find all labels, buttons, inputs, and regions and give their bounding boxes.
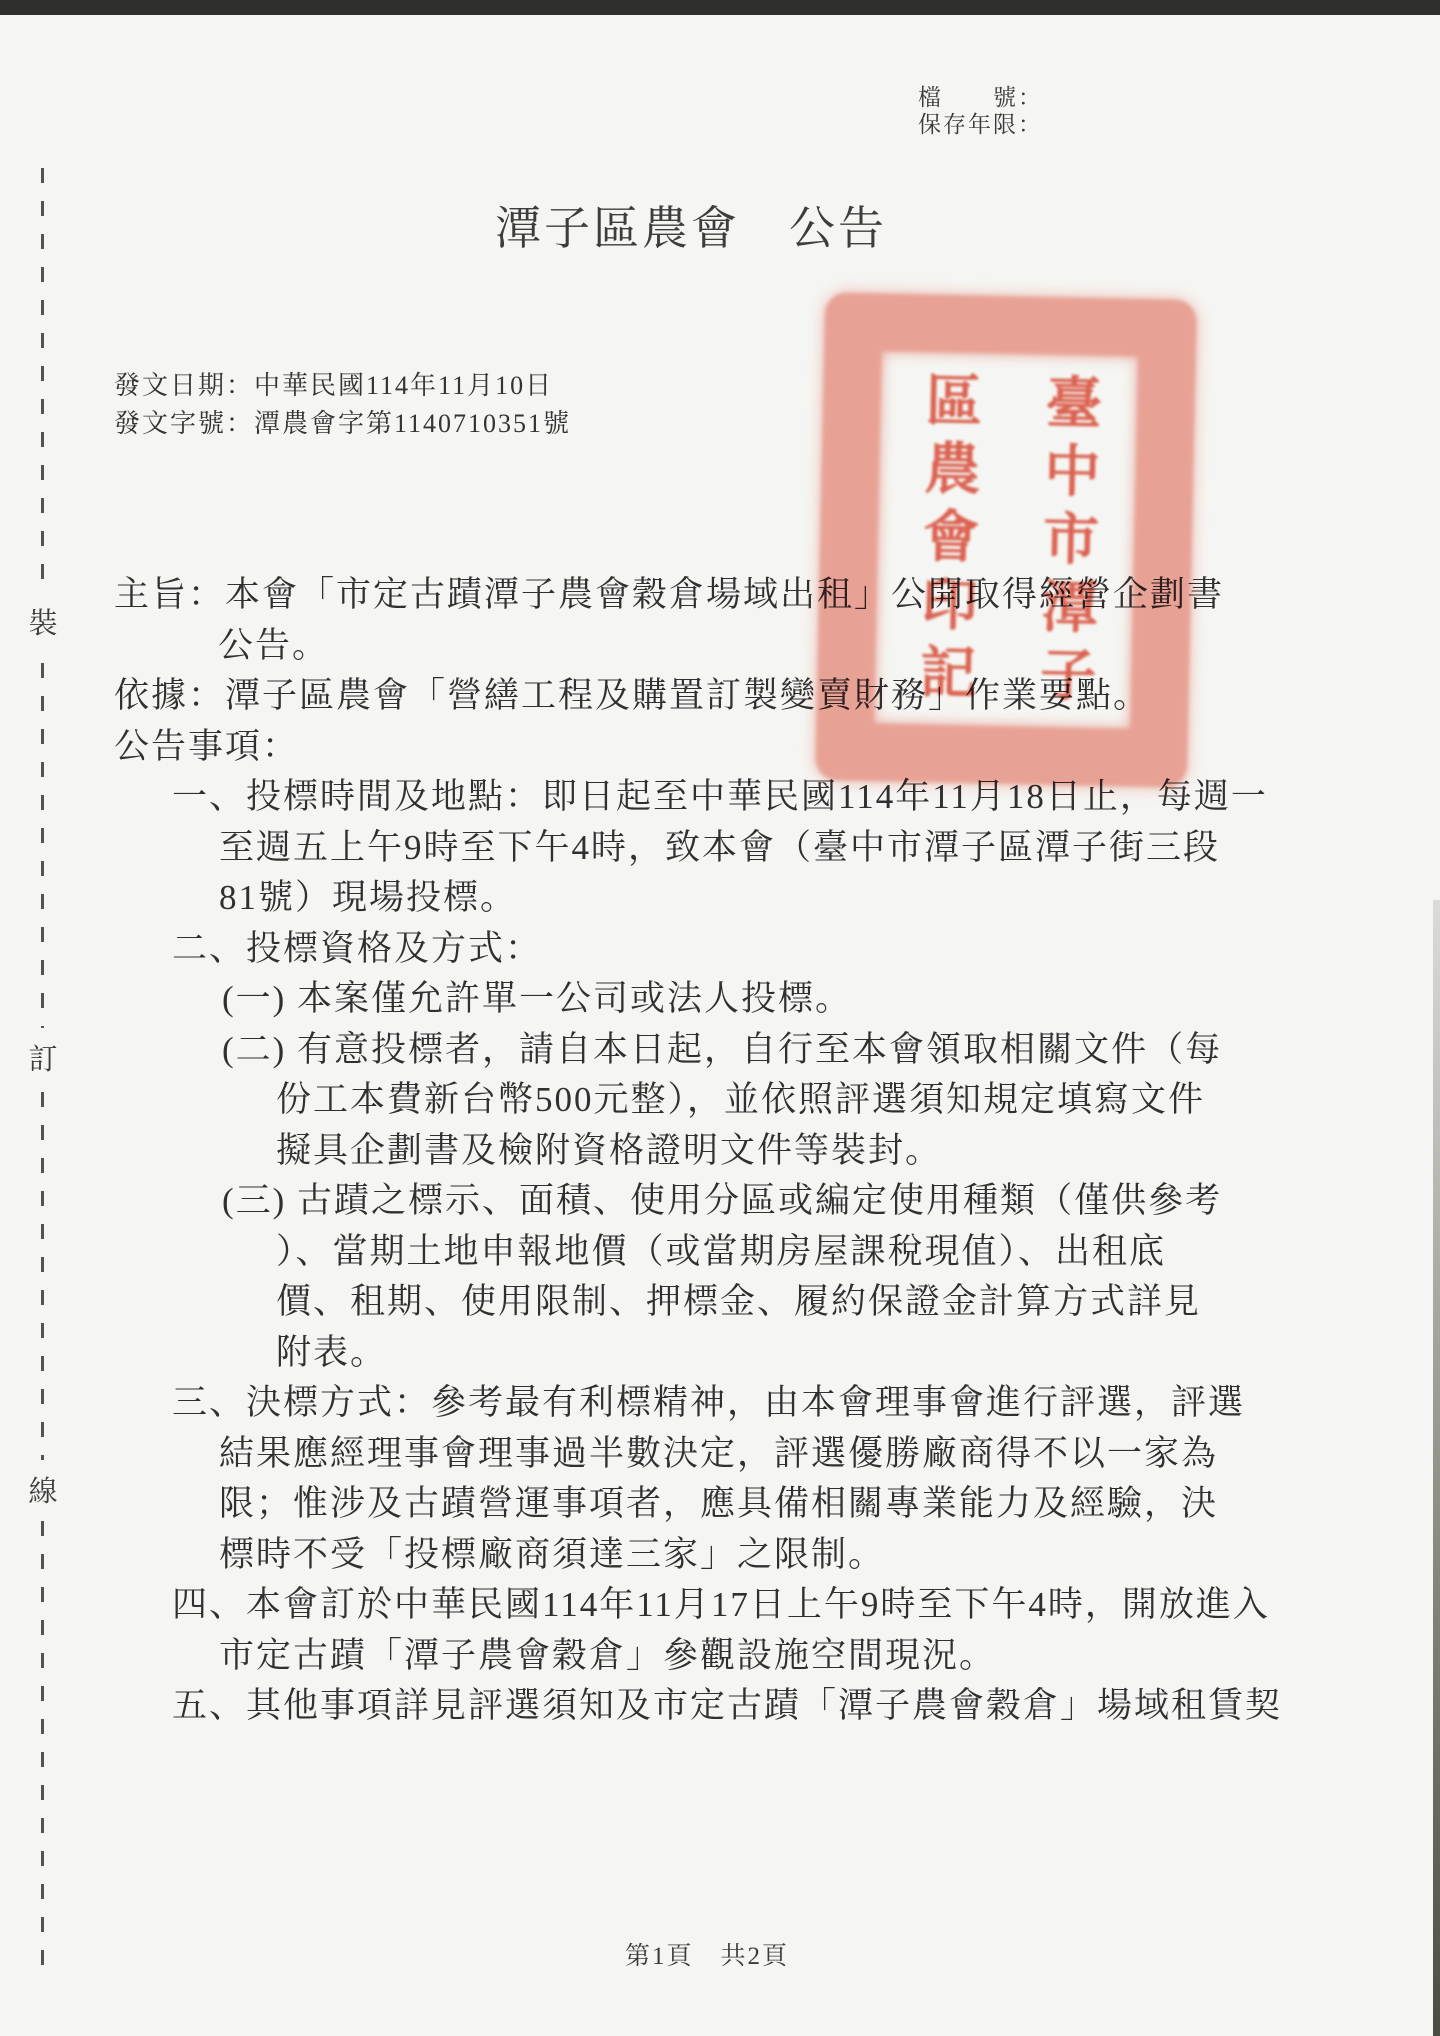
issue-info: 發文日期：中華民國114年11月10日發文字號：潭農會字第1140710351號 <box>114 367 571 442</box>
body-line: 份工本費新台幣500元整），並依照評選須知規定填寫文件 <box>0 1075 1440 1126</box>
body-line: (三) 古蹟之標示、面積、使用分區或編定使用種類（僅供參考 <box>0 1176 1440 1227</box>
body-line: 主旨：本會「市定古蹟潭子農會穀倉場域出租」公開取得經營企劃書 <box>0 570 1440 621</box>
body-line: 三、決標方式：參考最有利標精神，由本會理事會進行評選，評選 <box>0 1378 1440 1429</box>
body-line: 標時不受「投標廠商須達三家」之限制。 <box>0 1530 1440 1581</box>
body-line: 附表。 <box>0 1328 1440 1379</box>
issue-number: 發文字號：潭農會字第1140710351號 <box>114 409 571 438</box>
retention-label: 保存年限： <box>918 112 1043 137</box>
document-page: 檔 號：保存年限： 潭子區農會 公告 發文日期：中華民國114年11月10日發文… <box>0 0 1440 2036</box>
body-line: 四、本會訂於中華民國114年11月17日上午9時至下午4時，開放進入 <box>0 1580 1440 1631</box>
announcement-body: 主旨：本會「市定古蹟潭子農會穀倉場域出租」公開取得經營企劃書 公告。 依據：潭子… <box>0 570 1440 1732</box>
archive-labels: 檔 號：保存年限： <box>918 84 1043 138</box>
body-line: 結果應經理事會理事過半數決定，評選優勝廠商得不以一家為 <box>0 1429 1440 1480</box>
body-line: 二、投標資格及方式： <box>0 924 1440 975</box>
body-line: 至週五上午9時至下午4時，致本會（臺中市潭子區潭子街三段 <box>0 823 1440 874</box>
body-line: ）、當期土地申報地價（或當期房屋課稅現值）、出租底 <box>0 1227 1440 1278</box>
body-line: 公告事項： <box>0 722 1440 773</box>
body-line: (一) 本案僅允許單一公司或法人投標。 <box>0 974 1440 1025</box>
body-line: 依據：潭子區農會「營繕工程及購置訂製變賣財務」作業要點。 <box>0 671 1440 722</box>
body-line: 限；惟涉及古蹟營運事項者，應具備相關專業能力及經驗，決 <box>0 1479 1440 1530</box>
issue-date: 發文日期：中華民國114年11月10日 <box>114 371 553 400</box>
body-line: 五、其他事項詳見評選須知及市定古蹟「潭子農會穀倉」場域租賃契 <box>0 1681 1440 1732</box>
page-number: 第1頁 共2頁 <box>0 1936 1414 1972</box>
body-line: 公告。 <box>0 621 1440 672</box>
body-line: 一、投標時間及地點：即日起至中華民國114年11月18日止，每週一 <box>0 772 1440 823</box>
body-line: (二) 有意投標者，請自本日起，自行至本會領取相關文件（每 <box>0 1025 1440 1076</box>
body-line: 81號）現場投標。 <box>0 873 1440 924</box>
file-number-label: 檔 號： <box>918 85 1043 110</box>
body-line: 擬具企劃書及檢附資格證明文件等裝封。 <box>0 1126 1440 1177</box>
document-title: 潭子區農會 公告 <box>0 192 1382 258</box>
body-line: 價、租期、使用限制、押標金、履約保證金計算方式詳見 <box>0 1277 1440 1328</box>
scan-edge-top <box>0 0 1440 15</box>
body-line: 市定古蹟「潭子農會穀倉」參觀設施空間現況。 <box>0 1631 1440 1682</box>
